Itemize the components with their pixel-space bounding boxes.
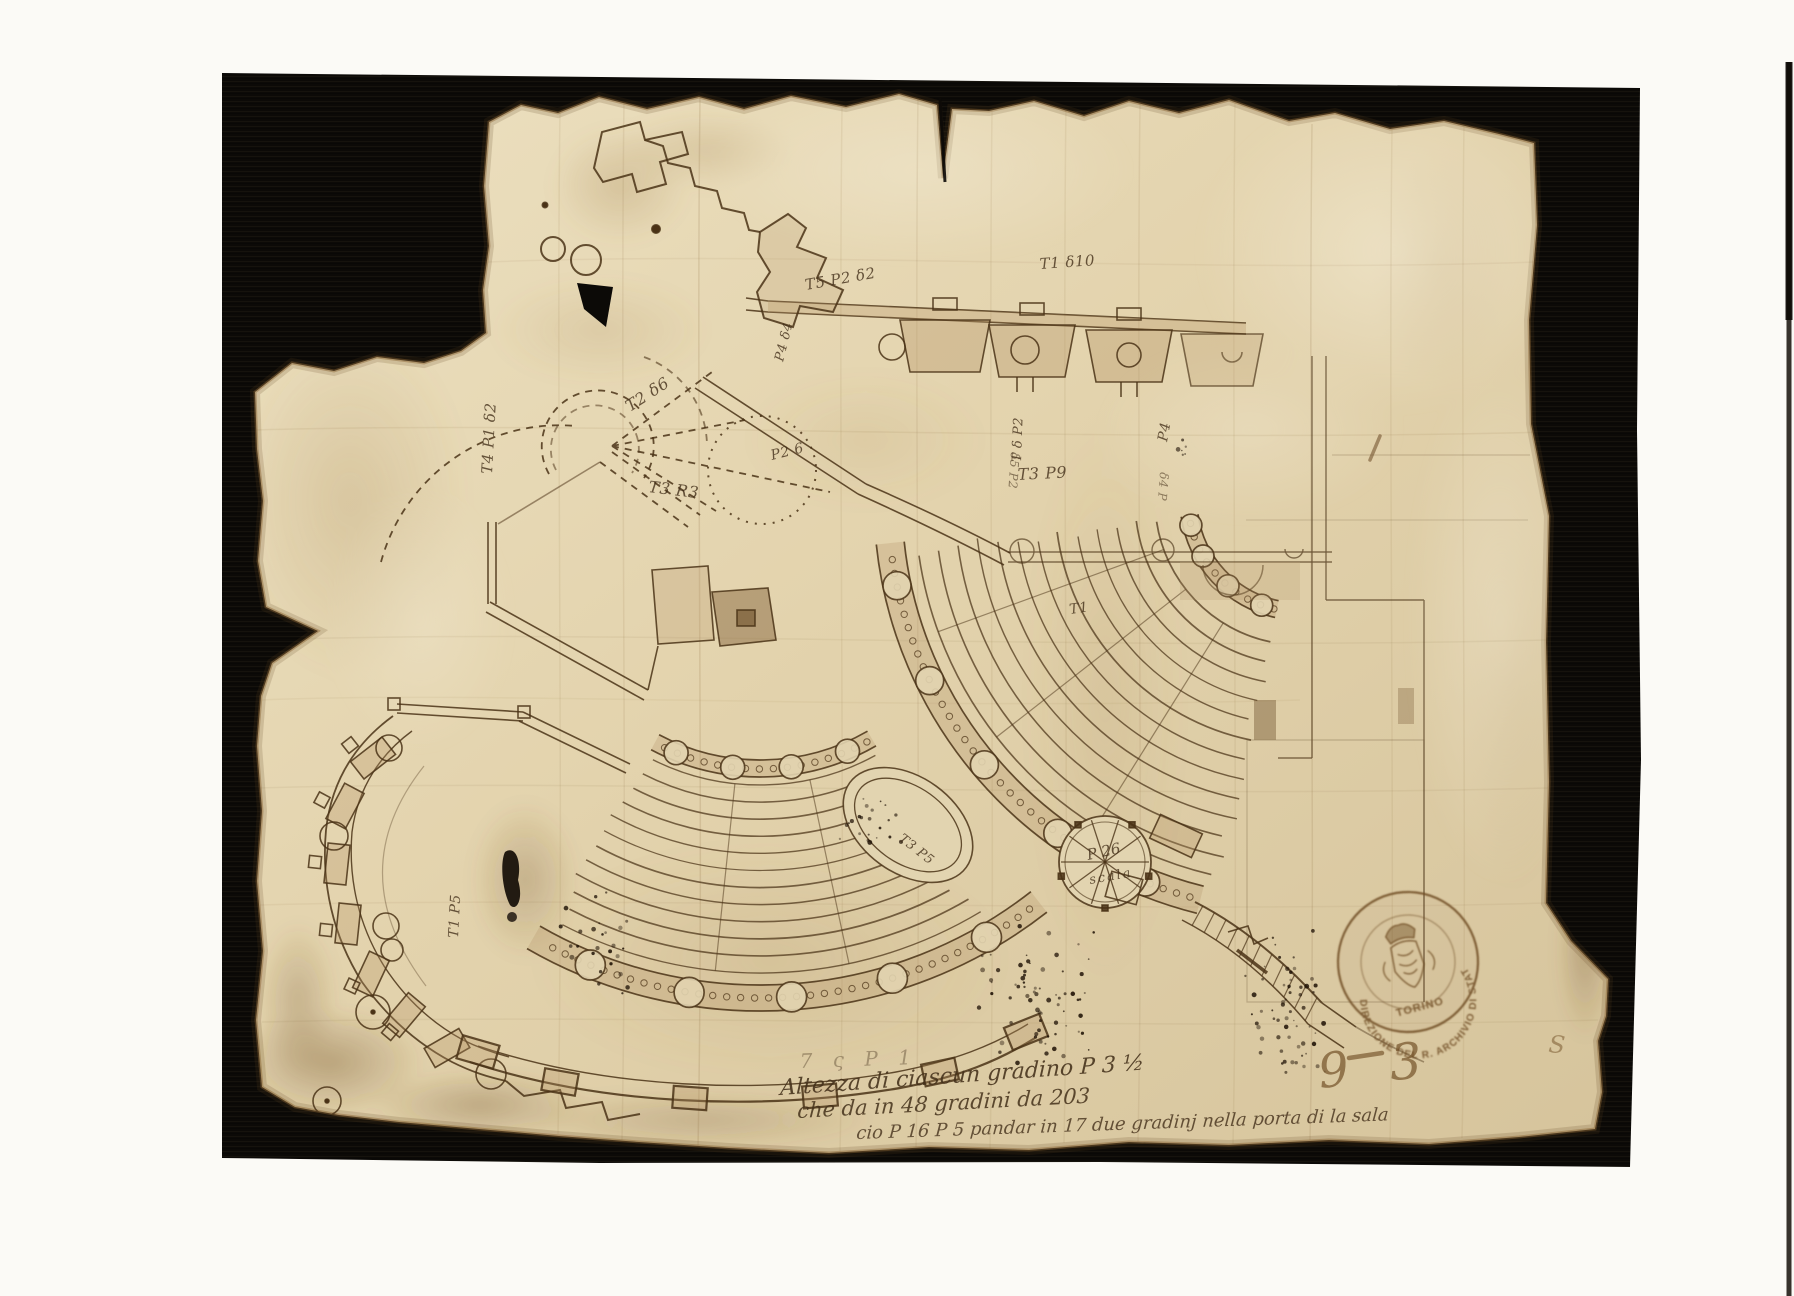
faint-note: 7 ς P 1: [799, 1045, 918, 1073]
scan-canvas: T5 P2 δ2T1 δ10P4 δ4T δ P2P4δ5 P2δ4 PT4 P…: [0, 0, 1794, 1296]
shelfmark-left: 9: [1315, 1041, 1351, 1100]
measurement-annotation: T4 P1 δ2: [478, 402, 500, 474]
measurement-annotation: δ4 P: [1155, 472, 1171, 502]
measurement-annotation: T3 P9: [1017, 462, 1067, 484]
measurement-annotation: T1 P5: [446, 894, 464, 938]
measurement-annotation: T1: [1068, 599, 1089, 618]
ink-blot-small: [507, 912, 517, 922]
corner-letter: S: [1547, 1030, 1566, 1059]
shelfmark-right: 3: [1388, 1032, 1424, 1092]
archival-photo: T5 P2 δ2T1 δ10P4 δ4T δ P2P4δ5 P2δ4 PT4 P…: [0, 0, 1794, 1296]
